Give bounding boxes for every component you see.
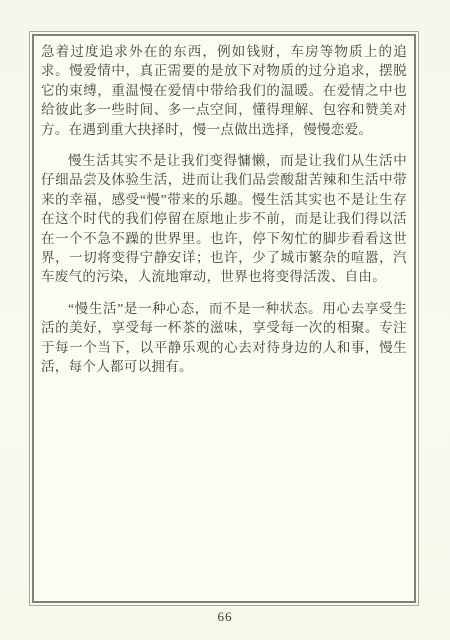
- text-frame-inner-border: 急着过度追求外在的东西，例如钱财，车房等物质上的追求。慢爱情中，真正需要的是放下…: [32, 34, 416, 603]
- scanned-book-page: { "page": { "paragraphs": [ { "text": "急…: [0, 0, 450, 640]
- page-content: 急着过度追求外在的东西，例如钱财，车房等物质上的追求。慢爱情中，真正需要的是放下…: [34, 36, 414, 601]
- paragraph: “慢生活”是一种心态，而不是一种状态。用心去享受生活的美好，享受每一杯茶的滋味，…: [41, 299, 407, 377]
- paragraph: 慢生活其实不是让我们变得慵懒，而是让我们从生活中仔细品尝及体验生活，进而让我们品…: [41, 151, 407, 287]
- text-frame-outer-border: 急着过度追求外在的东西，例如钱财，车房等物质上的追求。慢爱情中，真正需要的是放下…: [29, 31, 419, 606]
- paragraph-continuation: 急着过度追求外在的东西，例如钱财，车房等物质上的追求。慢爱情中，真正需要的是放下…: [41, 42, 407, 139]
- page-number: 66: [0, 609, 450, 625]
- page-canvas: 急着过度追求外在的东西，例如钱财，车房等物质上的追求。慢爱情中，真正需要的是放下…: [0, 0, 450, 640]
